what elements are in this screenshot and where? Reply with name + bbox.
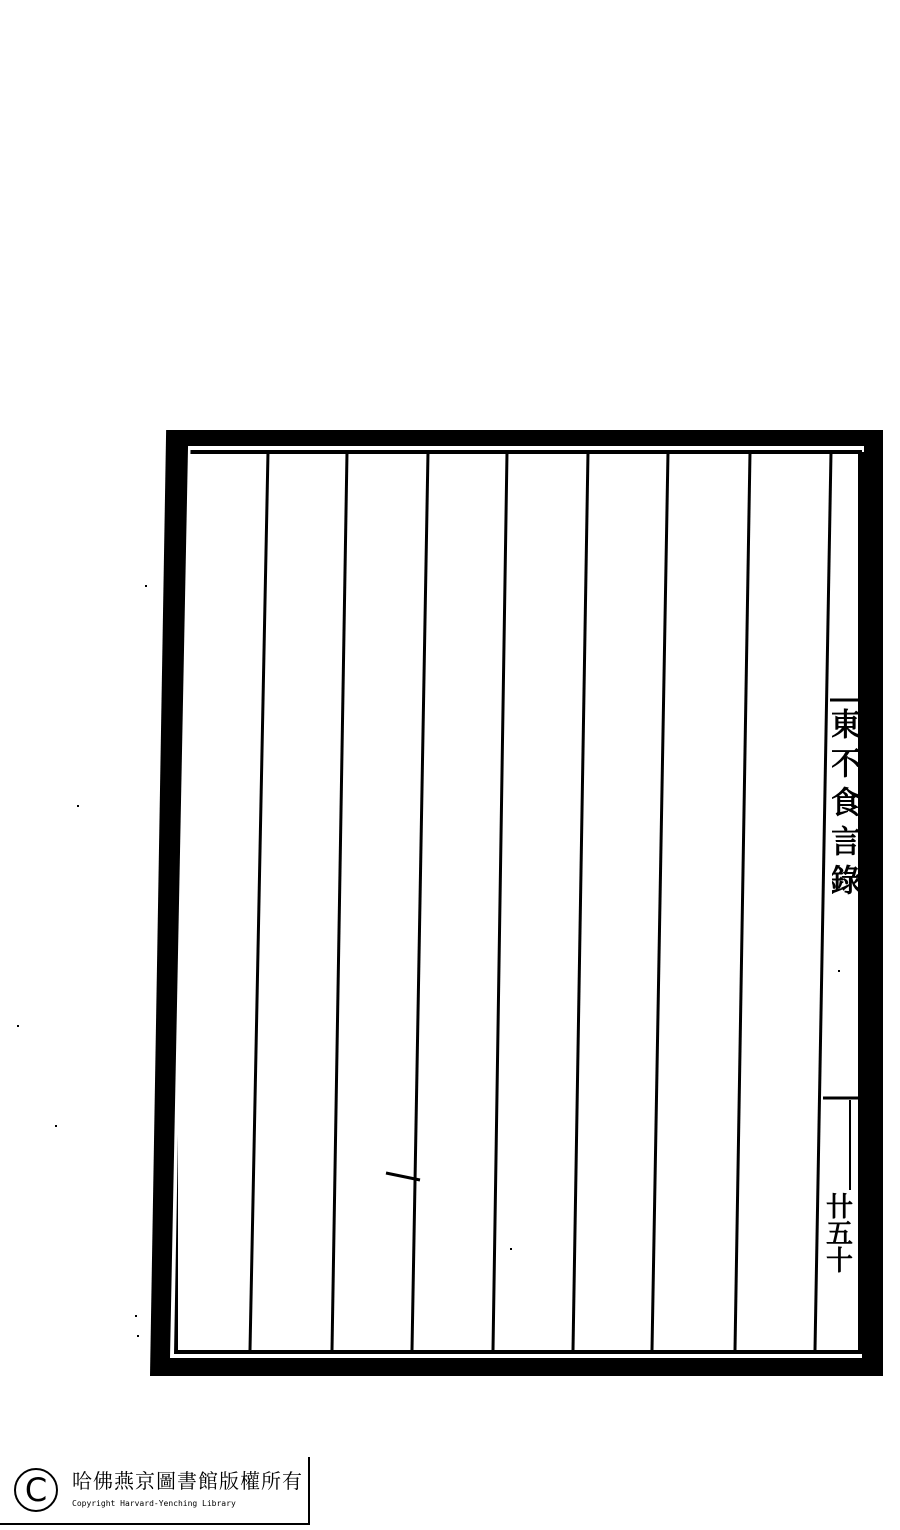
copyright-chinese: 哈佛燕京圖書館版權所有 xyxy=(72,1465,303,1494)
scanned-page: 東不食言錄 卄五十 C 哈佛燕京圖書館版權所有 Copyright Harvar… xyxy=(0,0,900,1530)
scan-speck xyxy=(77,805,79,807)
copyright-notice: C 哈佛燕京圖書館版權所有 Copyright Harvard-Yenching… xyxy=(0,1457,310,1525)
copyright-english: Copyright Harvard-Yenching Library xyxy=(72,1499,236,1508)
scan-speck xyxy=(838,970,840,972)
leaf-number: 卄五十 xyxy=(818,1192,852,1273)
copyright-icon: C xyxy=(14,1468,58,1512)
scan-speck xyxy=(17,1025,19,1027)
column-rules xyxy=(0,0,900,1530)
scan-speck xyxy=(55,1125,57,1127)
heart-strip-title: 東不食言錄 xyxy=(832,708,866,978)
scan-speck xyxy=(135,1315,137,1317)
scan-speck xyxy=(137,1335,139,1337)
scan-speck xyxy=(510,1248,512,1250)
scan-speck xyxy=(145,585,147,587)
